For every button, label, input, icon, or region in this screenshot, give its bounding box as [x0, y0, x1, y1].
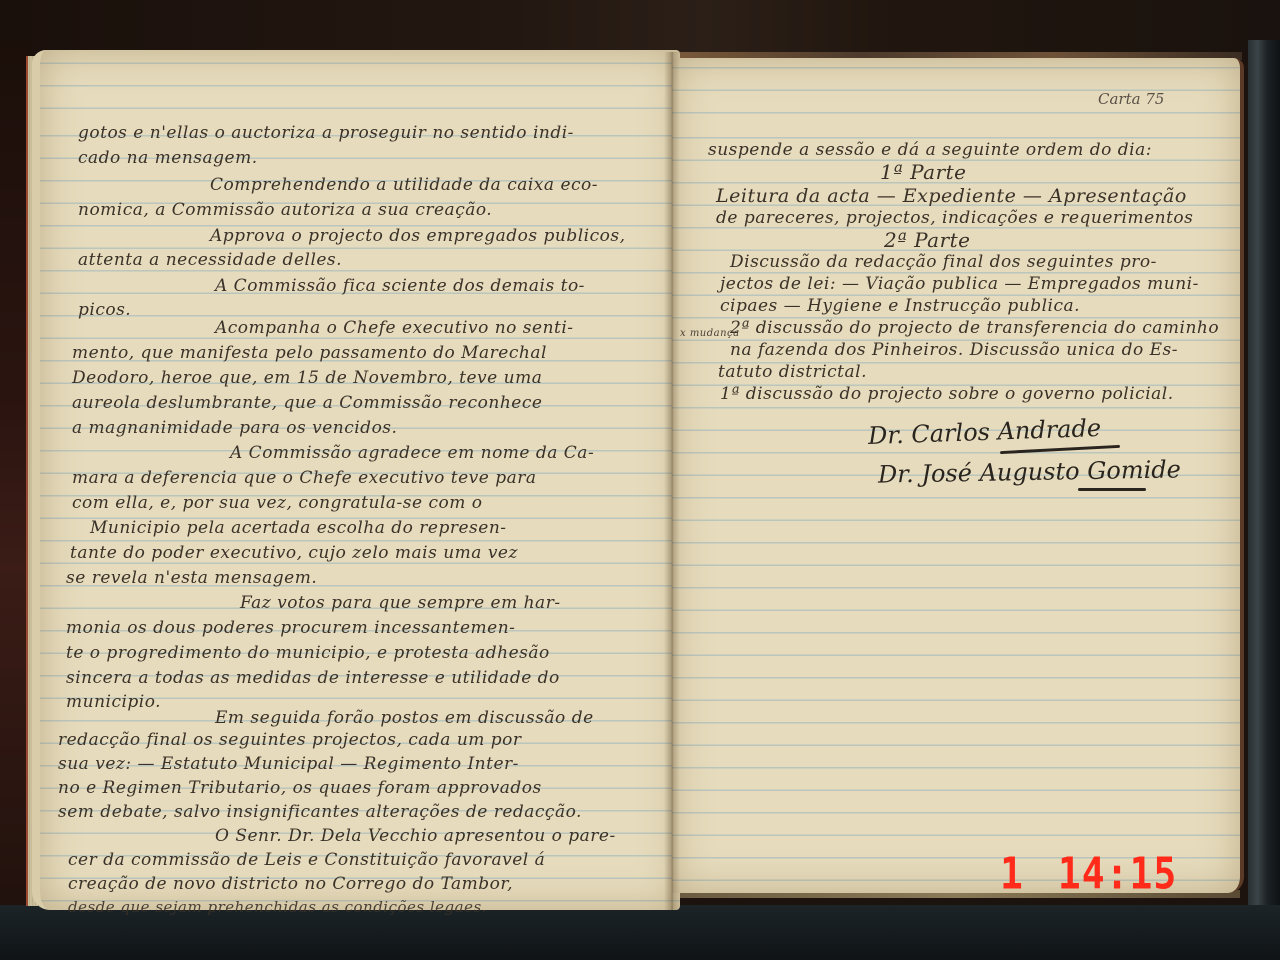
- text-line: mara a deferencia que o Chefe executivo …: [72, 468, 537, 488]
- text-line: A Commissão fica sciente dos demais to-: [215, 276, 585, 296]
- text-line: no e Regimen Tributario, os quaes foram …: [58, 778, 542, 798]
- text-line: desde que sejam prehenchidas as condiçõe…: [68, 898, 487, 916]
- text-line: gotos e n'ellas o auctoriza a proseguir …: [78, 123, 574, 143]
- text-line: mento, que manifesta pelo passamento do …: [72, 343, 547, 363]
- text-line: cer da commissão de Leis e Constituição …: [68, 850, 545, 870]
- text-line: redacção final os seguintes projectos, c…: [58, 730, 522, 750]
- glass-frame-edge: [1248, 40, 1280, 920]
- text-line: municipio.: [66, 692, 161, 712]
- text-line: suspende a sessão e dá a seguinte ordem …: [708, 140, 1152, 160]
- text-line: se revela n'esta mensagem.: [66, 568, 317, 588]
- text-line: sem debate, salvo insignificantes altera…: [58, 802, 582, 822]
- text-line: Faz votos para que sempre em har-: [240, 593, 561, 613]
- text-line: Acompanha o Chefe executivo no senti-: [215, 318, 574, 338]
- text-line: Deodoro, heroe que, em 15 de Novembro, t…: [72, 368, 542, 388]
- text-line: cado na mensagem.: [78, 148, 258, 168]
- text-line: te o progredimento do municipio, e prote…: [66, 643, 550, 663]
- text-line: 2ª discussão do projecto de transferenci…: [730, 318, 1219, 338]
- text-line: jectos de lei: — Viação publica — Empreg…: [720, 274, 1199, 294]
- text-line: 1ª discussão do projecto sobre o governo…: [720, 384, 1174, 404]
- section-heading: 2ª Parte: [884, 228, 971, 252]
- text-line: tante do poder executivo, cujo zelo mais…: [70, 543, 518, 563]
- section-heading: 1ª Parte: [880, 160, 967, 184]
- text-line: A Commissão agradece em nome da Ca-: [230, 443, 594, 463]
- text-line: sincera a todas as medidas de interesse …: [66, 668, 560, 688]
- folio-number: Carta 75: [1098, 90, 1164, 108]
- text-line: sua vez: — Estatuto Municipal — Regiment…: [58, 754, 519, 774]
- text-line: picos.: [78, 300, 131, 320]
- text-line: O Senr. Dr. Dela Vecchio apresentou o pa…: [215, 826, 616, 846]
- text-line: com ella, e, por sua vez, congratula-se …: [72, 493, 482, 513]
- text-line: Em seguida forão postos em discussão de: [215, 708, 594, 728]
- text-line: de pareceres, projectos, indicações e re…: [716, 208, 1193, 228]
- text-line: Approva o projecto dos empregados public…: [210, 226, 625, 246]
- text-line: na fazenda dos Pinheiros. Discussão unic…: [730, 340, 1178, 360]
- timestamp-time: 14:15: [1058, 848, 1177, 899]
- text-line: a magnanimidade para os vencidos.: [72, 418, 397, 438]
- text-line: attenta a necessidade delles.: [78, 250, 342, 270]
- timestamp-day: 1: [1000, 848, 1024, 899]
- text-line: Discussão da redacção final dos seguinte…: [730, 252, 1157, 272]
- text-line: monia os dous poderes procurem incessant…: [66, 618, 515, 638]
- book-gutter: [664, 52, 680, 910]
- signature-underline: [1078, 488, 1146, 491]
- camera-timestamp: 114:15: [1000, 848, 1177, 899]
- text-line: Municipio pela acertada escolha do repre…: [90, 518, 507, 538]
- signature-2: Dr. José Augusto Gomide: [878, 455, 1181, 488]
- text-line: tatuto districtal.: [718, 362, 867, 382]
- text-line: cipaes — Hygiene e Instrucção publica.: [720, 296, 1080, 316]
- text-line: Comprehendendo a utilidade da caixa eco-: [210, 175, 598, 195]
- text-line: aureola deslumbrante, que a Commissão re…: [72, 393, 542, 413]
- text-line: nomica, a Commissão autoriza a sua creaç…: [78, 200, 492, 220]
- text-line: creação de novo districto no Corrego do …: [68, 874, 513, 894]
- margin-annotation: x mudança: [680, 328, 740, 339]
- text-line: Leitura da acta — Expediente — Apresenta…: [716, 185, 1187, 207]
